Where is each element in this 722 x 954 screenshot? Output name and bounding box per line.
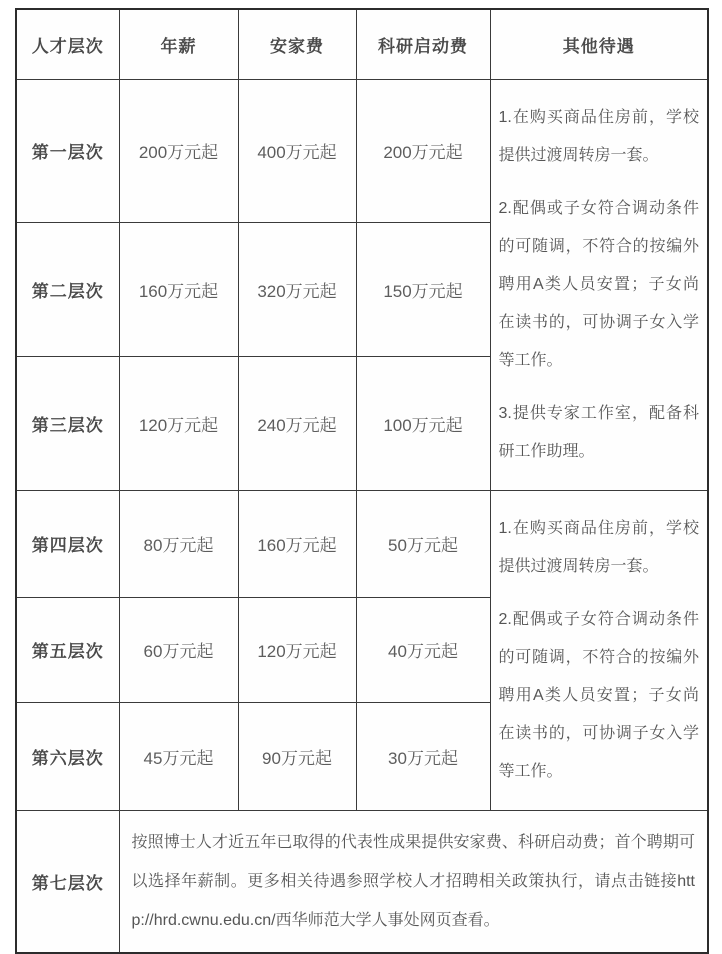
benefits-cell-tiers4-6: 1.在购买商品住房前，学校提供过渡周转房一套。 2.配偶或子女符合调动条件的可随… — [490, 490, 708, 810]
tier4-level-label: 第四层次 — [16, 490, 119, 598]
tier5-annual-salary: 60万元起 — [119, 598, 238, 702]
tier5-level-label: 第五层次 — [16, 598, 119, 702]
tier3-research-fund: 100万元起 — [356, 356, 490, 490]
tier2-annual-salary: 160万元起 — [119, 222, 238, 356]
tier3-level-label: 第三层次 — [16, 356, 119, 490]
tier7-policy-cell: 按照博士人才近五年已取得的代表性成果提供安家费、科研启动费；首个聘期可以选择年薪… — [119, 810, 708, 953]
tier6-research-fund: 30万元起 — [356, 702, 490, 810]
col-header-talent-level: 人才层次 — [16, 9, 119, 79]
benefits-cell-tiers1-3: 1.在购买商品住房前，学校提供过渡周转房一套。 2.配偶或子女符合调动条件的可随… — [490, 79, 708, 490]
tier7-policy-text: 按照博士人才近五年已取得的代表性成果提供安家费、科研启动费；首个聘期可以选择年薪… — [132, 823, 696, 940]
benefit-item-family: 2.配偶或子女符合调动条件的可随调，不符合的按编外聘用A类人员安置；子女尚在读书… — [499, 190, 700, 380]
tier4-annual-salary: 80万元起 — [119, 490, 238, 598]
table-row-tier4: 第四层次 80万元起 160万元起 50万元起 1.在购买商品住房前，学校提供过… — [16, 490, 708, 598]
tier2-level-label: 第二层次 — [16, 222, 119, 356]
tier2-research-fund: 150万元起 — [356, 222, 490, 356]
tier1-level-label: 第一层次 — [16, 79, 119, 222]
tier4-settling-fee: 160万元起 — [238, 490, 356, 598]
tier4-research-fund: 50万元起 — [356, 490, 490, 598]
tier2-settling-fee: 320万元起 — [238, 222, 356, 356]
tier5-settling-fee: 120万元起 — [238, 598, 356, 702]
benefit-item-family: 2.配偶或子女符合调动条件的可随调，不符合的按编外聘用A类人员安置；子女尚在读书… — [499, 601, 700, 791]
benefit-item-studio: 3.提供专家工作室，配备科研工作助理。 — [499, 395, 700, 471]
tier1-research-fund: 200万元起 — [356, 79, 490, 222]
col-header-settling-fee: 安家费 — [238, 9, 356, 79]
tier6-settling-fee: 90万元起 — [238, 702, 356, 810]
benefit-item-housing: 1.在购买商品住房前，学校提供过渡周转房一套。 — [499, 99, 700, 175]
col-header-annual-salary: 年薪 — [119, 9, 238, 79]
tier1-annual-salary: 200万元起 — [119, 79, 238, 222]
tier1-settling-fee: 400万元起 — [238, 79, 356, 222]
benefit-item-housing: 1.在购买商品住房前，学校提供过渡周转房一套。 — [499, 510, 700, 586]
col-header-other-benefits: 其他待遇 — [490, 9, 708, 79]
table-header-row: 人才层次 年薪 安家费 科研启动费 其他待遇 — [16, 9, 708, 79]
col-header-research-fund: 科研启动费 — [356, 9, 490, 79]
table-row-tier7: 第七层次 按照博士人才近五年已取得的代表性成果提供安家费、科研启动费；首个聘期可… — [16, 810, 708, 953]
talent-tiers-table: 人才层次 年薪 安家费 科研启动费 其他待遇 第一层次 200万元起 400万元… — [15, 8, 709, 954]
tier3-settling-fee: 240万元起 — [238, 356, 356, 490]
tier6-level-label: 第六层次 — [16, 702, 119, 810]
tier6-annual-salary: 45万元起 — [119, 702, 238, 810]
tier7-level-label: 第七层次 — [16, 810, 119, 953]
tier5-research-fund: 40万元起 — [356, 598, 490, 702]
table-row-tier1: 第一层次 200万元起 400万元起 200万元起 1.在购买商品住房前，学校提… — [16, 79, 708, 222]
tier3-annual-salary: 120万元起 — [119, 356, 238, 490]
